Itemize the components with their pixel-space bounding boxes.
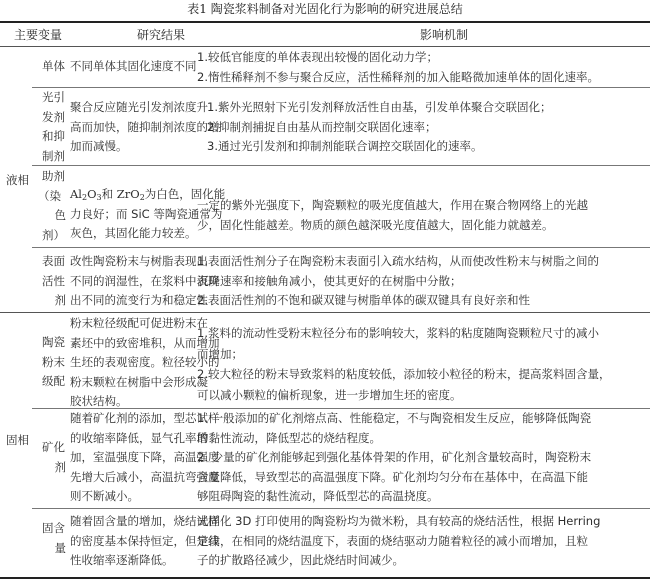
header-mechanism: 影响机制 bbox=[420, 26, 468, 44]
row-rule bbox=[32, 508, 650, 509]
variable-cell: 单体 bbox=[42, 57, 66, 77]
header-result: 研究结果 bbox=[137, 26, 185, 44]
variable-cell: 光引 发剂 和抑 制剂 bbox=[42, 88, 66, 166]
variable-cell: 表面 活性 剂 bbox=[38, 252, 66, 311]
group-label-solid: 固相 bbox=[6, 431, 29, 451]
group-label-liquid: 液相 bbox=[6, 171, 29, 191]
mechanism-cell: 1. 一般添加的矿化剂熔点高、性能稳定，不与陶瓷相发生反应，能够降低陶瓷 的黏性… bbox=[197, 409, 591, 507]
group-rule bbox=[0, 312, 650, 313]
mechanism-cell: 1.表面活性剂分子在陶瓷粉末表面引入疏水结构，从而使改性粉末与树脂之间的 沉降速… bbox=[197, 252, 599, 311]
header-rule bbox=[0, 46, 650, 47]
variable-cell: 矿化 剂 bbox=[38, 438, 66, 477]
result-cell: 不同单体其固化速度不同 bbox=[70, 57, 197, 77]
table-bottom-rule bbox=[0, 577, 650, 579]
mechanism-cell: 光固化 3D 打印使用的陶瓷粉均为微米粉，具有较高的烧结活性，根据 Herrin… bbox=[197, 512, 600, 571]
table-top-rule bbox=[0, 21, 650, 23]
result-cell: 聚合反应随光引发剂浓度升 高而加快，随抑制剂浓度的增 加而减慢。 bbox=[70, 98, 220, 157]
row-rule bbox=[32, 165, 650, 166]
mechanism-cell: 一定的紫外光强度下，陶瓷颗粒的吸光度值越大，作用在聚合物网络上的光越 少，固化性… bbox=[197, 196, 588, 235]
table-caption: 表1 陶瓷浆料制备对光固化行为影响的研究进展总结 bbox=[0, 0, 650, 19]
mechanism-cell: 1.较低官能度的单体表现出较慢的固化动力学； 2.惰性稀释剂不参与聚合反应，活性… bbox=[197, 48, 599, 87]
row-rule bbox=[32, 247, 650, 248]
mechanism-cell: 1.紫外光照射下光引发剂释放活性自由基，引发单体聚合交联固化； 2.抑制剂捕捉自… bbox=[207, 98, 551, 157]
row-rule bbox=[32, 87, 650, 88]
header-variable: 主要变量 bbox=[14, 26, 62, 44]
variable-cell: 固含 量 bbox=[38, 519, 66, 558]
variable-cell: 助剂 （染 色 剂） bbox=[38, 167, 66, 245]
mechanism-cell: 1.浆料的流动性受粉末粒径分布的影响较大，浆料的粘度随陶瓷颗粒尺寸的减小 而增加… bbox=[197, 323, 610, 405]
variable-cell: 陶瓷 粉末 级配 bbox=[42, 333, 66, 392]
